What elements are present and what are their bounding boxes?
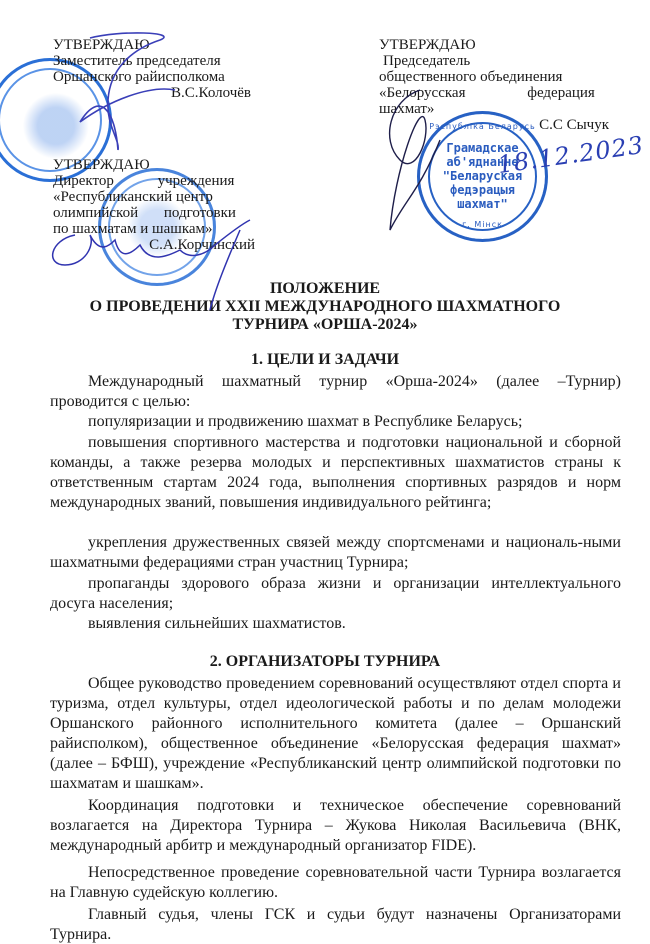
paragraph-text: пропаганды здорового образа жизни и орга… (50, 575, 621, 612)
paragraph-text: повышения спортивного мастерства и подго… (50, 434, 621, 511)
approval-position-line: Директор учреждения (53, 173, 255, 189)
paragraph-text: укрепления дружественных связей между сп… (50, 534, 621, 571)
paragraph: повышения спортивного мастерства и подго… (50, 433, 621, 513)
document-subtitle-line: ТУРНИРА «ОРША-2024» (0, 316, 650, 334)
approval-position-line: «Республиканский центр (53, 189, 255, 205)
approval-position-line: шахмат» (379, 101, 609, 117)
approval-position-line: Заместитель председателя (53, 53, 251, 69)
paragraph: выявления сильнейших шахматистов. (50, 614, 621, 634)
stamp-line: федэрацыя (420, 183, 545, 197)
document-subtitle-line: О ПРОВЕДЕНИИ XXII МЕЖДУНАРОДНОГО ШАХМАТН… (0, 298, 650, 316)
stamp-line: шахмат" (420, 197, 545, 211)
approval-position-line: олимпийской подготовки (53, 205, 255, 221)
paragraph-text: Координация подготовки и техническое обе… (50, 797, 621, 854)
document-title: ПОЛОЖЕНИЕ (0, 280, 650, 298)
approval-block-bfsh-chairman: УТВЕРЖДАЮ Председатель общественного объ… (379, 37, 609, 133)
paragraph-text: Международный шахматный турнир «Орша-202… (50, 373, 621, 410)
paragraph: Координация подготовки и техническое обе… (50, 796, 621, 856)
section-heading-goals: 1. ЦЕЛИ И ЗАДАЧИ (0, 351, 650, 369)
approval-position-line: Председатель (379, 53, 609, 69)
approval-heading: УТВЕРЖДАЮ (379, 37, 609, 53)
stamp-bottom-arc: г. Мінск (420, 220, 545, 229)
approval-block-deputy-chairman: УТВЕРЖДАЮ Заместитель председателя Оршан… (53, 37, 251, 101)
paragraph-text: Непосредственное проведение соревновател… (50, 864, 621, 901)
paragraph: Международный шахматный турнир «Орша-202… (50, 372, 621, 412)
section-heading-organizers: 2. ОРГАНИЗАТОРЫ ТУРНИРА (0, 653, 650, 671)
paragraph-text: Общее руководство проведением соревнован… (50, 675, 621, 792)
approval-signatory-name: С.А.Корчинский (53, 237, 255, 253)
approval-heading: УТВЕРЖДАЮ (53, 37, 251, 53)
paragraph-text: выявления сильнейших шахматистов. (88, 615, 346, 632)
approval-heading: УТВЕРЖДАЮ (53, 157, 255, 173)
paragraph: пропаганды здорового образа жизни и орга… (50, 574, 621, 614)
approval-signatory-name: С.С Сычук (379, 117, 609, 133)
paragraph: Непосредственное проведение соревновател… (50, 863, 621, 903)
approval-block-olympic-center-director: УТВЕРЖДАЮ Директор учреждения «Республик… (53, 157, 255, 253)
paragraph: Общее руководство проведением соревнован… (50, 674, 621, 794)
document-page: Рэспубліка Беларусь Грамадскае аб'яднанн… (0, 0, 650, 944)
paragraph-text: Главный судья, члены ГСК и судьи будут н… (50, 906, 621, 943)
paragraph: популяризации и продвижению шахмат в Рес… (50, 412, 621, 432)
approval-position-line: «Белорусская федерация (379, 85, 609, 101)
approval-position-line: Оршанского райисполкома (53, 69, 251, 85)
paragraph: Главный судья, члены ГСК и судьи будут н… (50, 905, 621, 944)
approval-signatory-name: В.С.Колочёв (53, 85, 251, 101)
approval-position-line: по шахматам и шашкам» (53, 221, 255, 237)
paragraph-text: популяризации и продвижению шахмат в Рес… (88, 413, 522, 430)
approval-position-line: общественного объединения (379, 69, 609, 85)
paragraph: укрепления дружественных связей между сп… (50, 533, 621, 573)
